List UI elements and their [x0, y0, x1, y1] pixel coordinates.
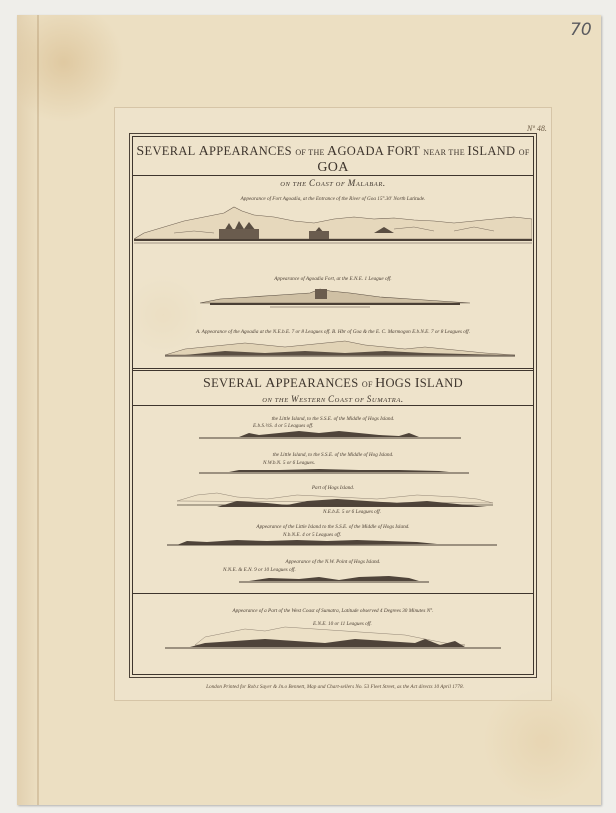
view5-coastline-little-island — [199, 465, 469, 475]
section-divider — [133, 368, 533, 371]
view7-coastline-little-island — [167, 535, 497, 547]
view2-caption: Appearance of Agoadia Fort, at the E.N.E… — [133, 276, 533, 282]
view4-caption: the Little Island, to the S.S.E. of the … — [133, 416, 533, 422]
section2-lower-divider — [133, 593, 533, 594]
view8-caption: Appearance of the N.W. Point of Hogs Isl… — [133, 559, 533, 565]
section1-title-block: SEVERAL APPEARANCES OF THE AGOADA FORT N… — [133, 144, 533, 188]
view9-coastline-west-coast-sumatra — [165, 625, 501, 653]
view9-caption: Appearance of a Part of the West Coast o… — [133, 608, 533, 614]
paper-crease — [37, 15, 39, 805]
view3-coastline-agoadia-goa-marmogon — [165, 339, 515, 359]
view7-caption: Appearance of the Little Island to the S… — [133, 524, 533, 530]
view8-coastline-nw-point-hogs-island — [239, 572, 429, 584]
section1-title: SEVERAL APPEARANCES OF THE AGOADA FORT N… — [133, 144, 533, 176]
section2-title: SEVERAL APPEARANCES OF HOGS ISLAND — [133, 376, 533, 392]
view6-bearing: N.E.b.E. 5 or 6 Leagues off. — [323, 509, 381, 515]
view3-caption: A. Appearance of the Agoadia at the N.E.… — [133, 329, 533, 335]
view2-coastline-agoadia-fort — [200, 287, 470, 309]
section2-title-block: SEVERAL APPEARANCES OF HOGS ISLAND ON TH… — [133, 376, 533, 404]
view1-caption: Appearance of Fort Agoadia, at the Entra… — [133, 196, 533, 202]
section2-subtitle: ON THE WESTERN COAST OF SUMATRA. — [133, 394, 533, 404]
view4-coastline-little-island — [199, 429, 461, 441]
section1-subtitle: ON THE COAST OF MALABAR. — [133, 178, 533, 188]
title-divider-1 — [133, 175, 533, 176]
publisher-imprint: London Printed for Rob.t Sayer & Jn.o Be… — [130, 684, 540, 690]
view5-caption: the Little Island, to the S.S.E. of the … — [133, 452, 533, 458]
folio-number: 70 — [570, 20, 592, 40]
view1-coastline-fort-agoadia — [134, 205, 532, 245]
plate-number: Nº 48. — [527, 124, 547, 133]
engraving-frame: SEVERAL APPEARANCES OF THE AGOADA FORT N… — [132, 136, 534, 675]
title-divider-2 — [133, 405, 533, 406]
